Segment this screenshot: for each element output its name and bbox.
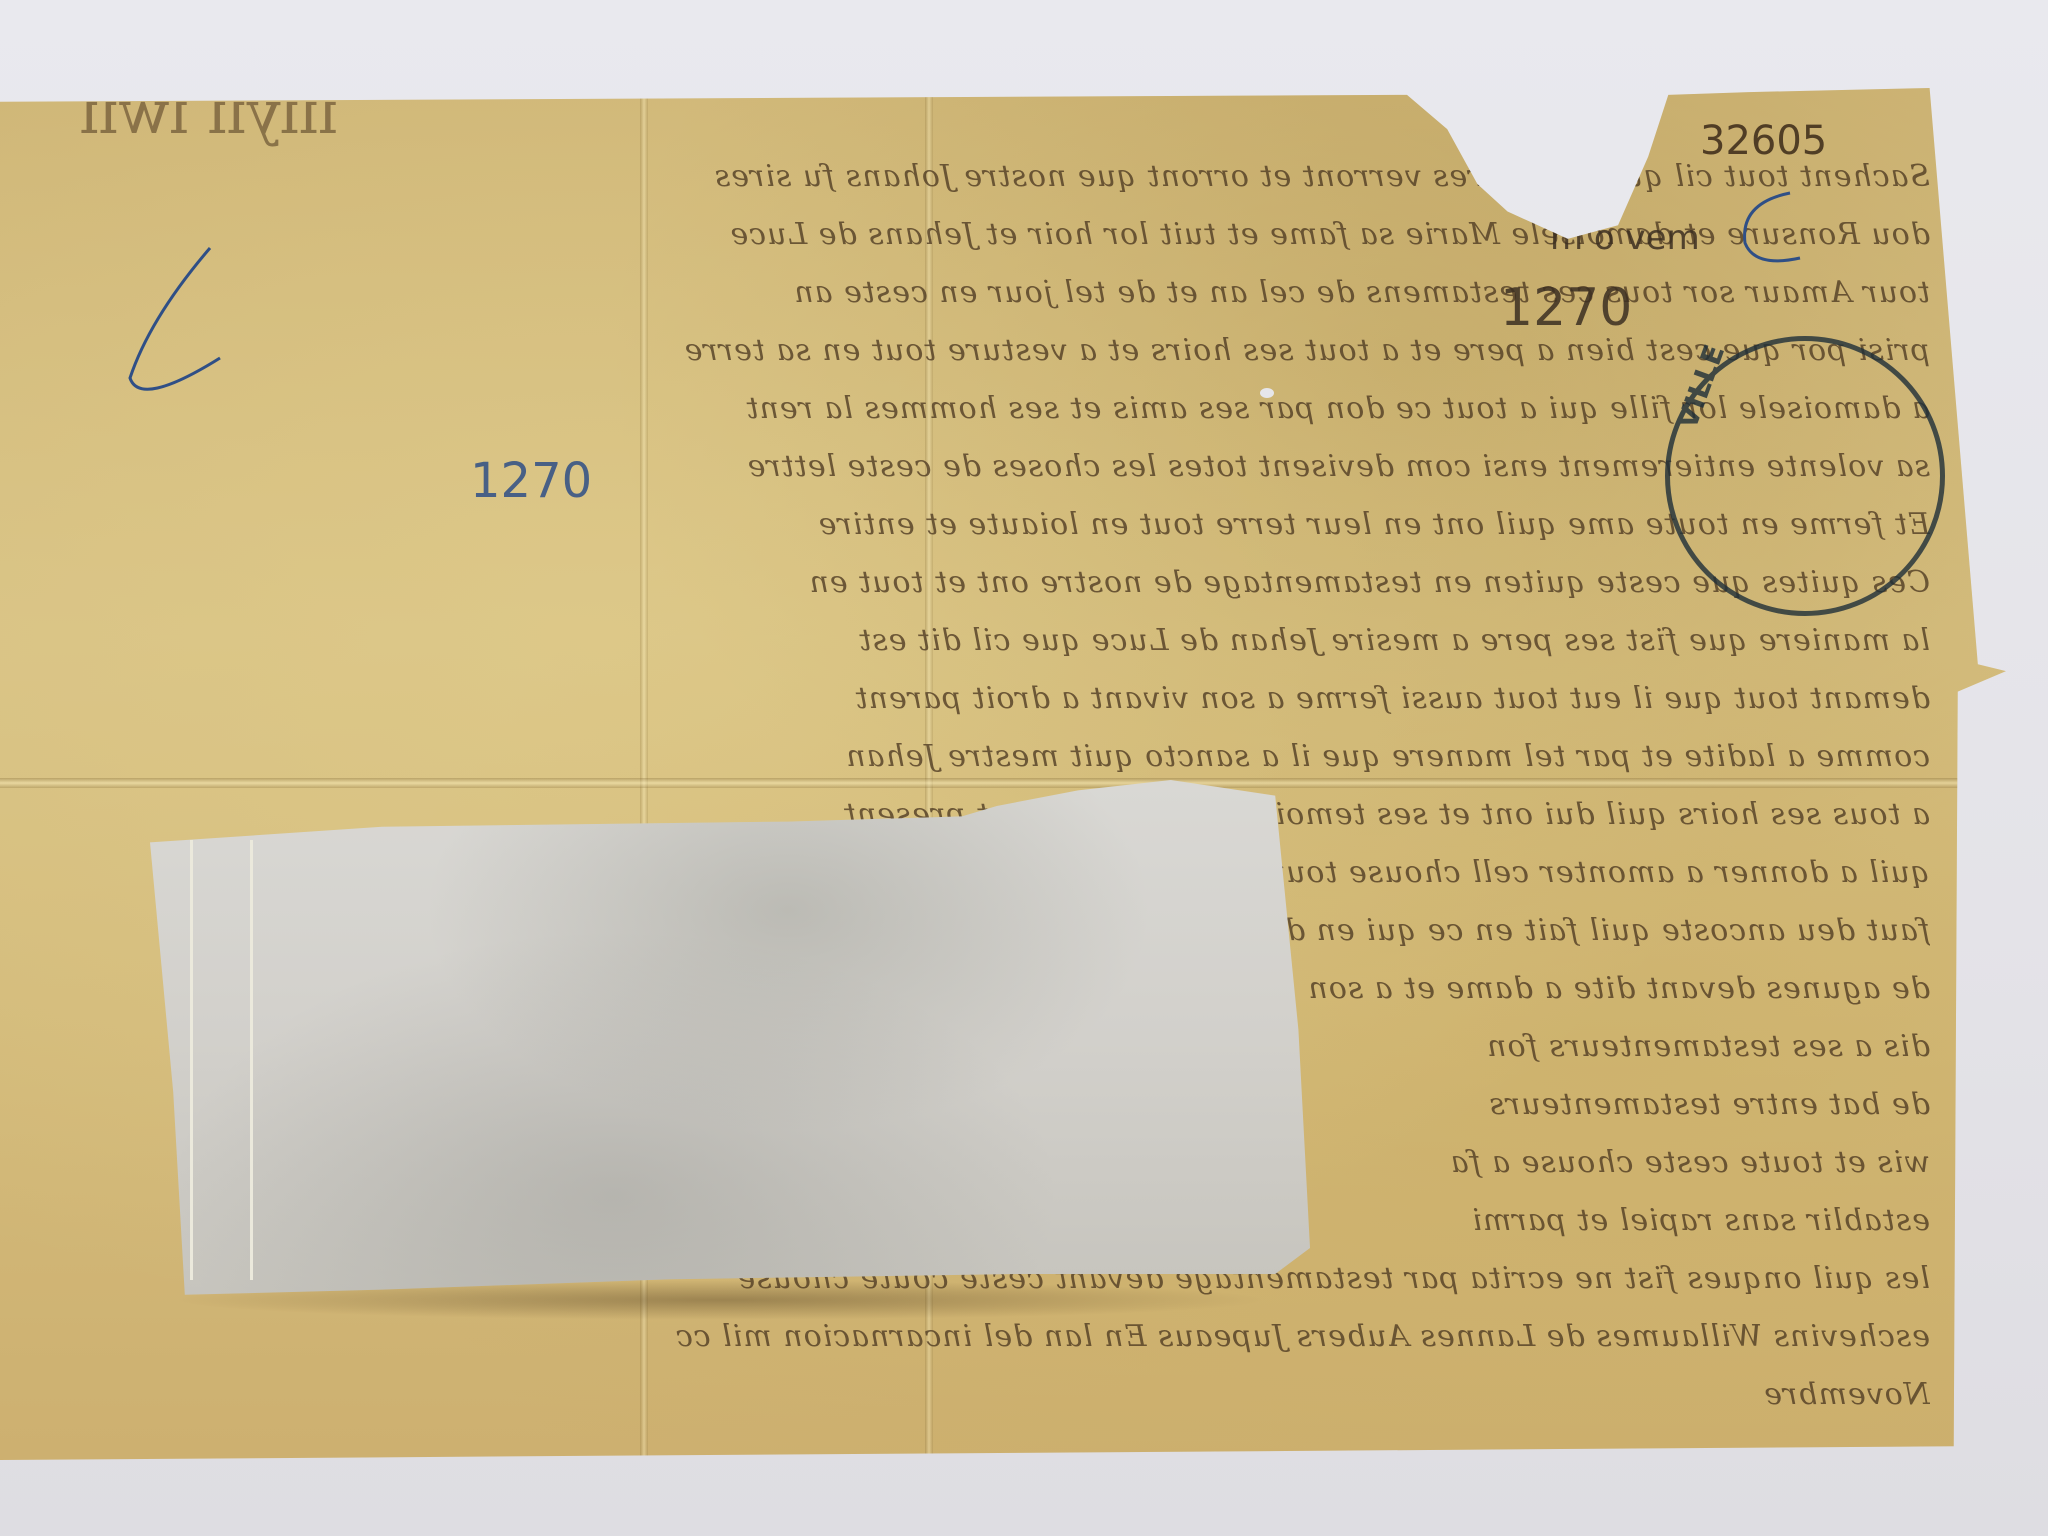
round-ink-stamp: VILLE — [1665, 336, 1945, 616]
pencil-year-center: 1270 — [470, 453, 592, 509]
linen-sandbag — [150, 780, 1310, 1300]
manuscript-line: sa volente entierement ensi com devisent… — [10, 438, 1930, 496]
blue-pencil-curve-icon — [90, 238, 250, 408]
header-scrawl: ıııyıı ıwıı — [80, 78, 338, 148]
pencil-year-right: 1270 — [1500, 278, 1632, 338]
manuscript-line: demant tout que il eut tout aussi ferme … — [10, 670, 1930, 728]
sandbag-seam — [250, 840, 253, 1280]
manuscript-line: a damoisele lor fille qui a tout ce don … — [10, 380, 1930, 438]
manuscript-line: Novembre — [10, 1366, 1930, 1424]
manuscript-line: la maniere que fist ses pere a mesire Je… — [10, 612, 1930, 670]
sandbag-seam — [190, 840, 193, 1280]
blue-pencil-c-icon — [1730, 183, 1810, 283]
manuscript-line: Sachent tout cil qui ces lettres verront… — [10, 148, 1930, 206]
parchment-hole — [1260, 388, 1274, 398]
manuscript-line: Et ferme en toute ame quil ont en leur t… — [10, 496, 1930, 554]
manuscript-line: comme a ladite et par tel manere que il … — [10, 728, 1930, 786]
manuscript-line: Ces quites que ceste quiten en testament… — [10, 554, 1930, 612]
manuscript-line: tour Amaur sor tous ces testamens de cel… — [10, 264, 1930, 322]
pencil-scribble: m o vem — [1550, 218, 1700, 258]
manuscript-line: prisi por que cest bien a pere et a tout… — [10, 322, 1930, 380]
